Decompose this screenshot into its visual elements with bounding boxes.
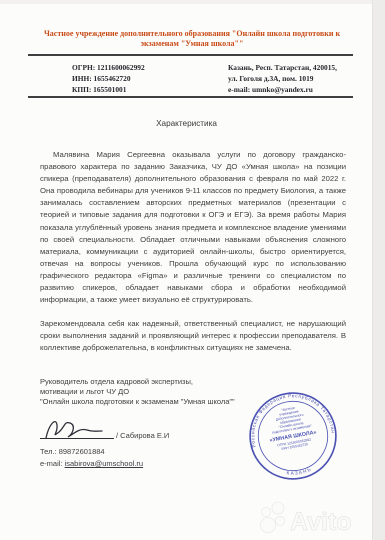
scanned-reference-letter: Частное учреждение дополнительного образ… (0, 0, 385, 540)
address-line-1: Казань, Респ. Татарстан, 420015, (228, 62, 337, 73)
handwritten-signature (44, 416, 106, 442)
round-stamp: Российская Федерация Республика Татарста… (239, 382, 348, 491)
signer-email-line: e-mail: isabirova@umschool.ru (40, 459, 275, 469)
org-title: Частное учреждение дополнительного образ… (27, 29, 357, 49)
signer-role-line-2: мотивации и льгот ЧУ ДО (40, 387, 275, 397)
org-email-line: e-mail: umnko@yandex.ru (228, 84, 337, 95)
ogrn-line: ОГРН: 1211600062992 (72, 62, 145, 73)
photo-edge-top (0, 0, 385, 4)
signer-email-link: isabirova@umschool.ru (65, 459, 143, 468)
document-title: Характеристика (0, 119, 373, 128)
signer-name: / Сабирова Е.И (116, 431, 169, 441)
document-body: Малявина Мария Сергеевна оказывала услуг… (40, 149, 346, 355)
address-line-2: ул. Гоголя д.3А, пом. 1019 (228, 73, 337, 84)
signer-role-line-1: Руководитель отдела кадровой экспертизы, (40, 377, 275, 387)
signature-block: Руководитель отдела кадровой экспертизы,… (40, 377, 275, 469)
org-address: Казань, Респ. Татарстан, 420015, ул. Гог… (228, 62, 337, 95)
photo-edge-right (372, 0, 385, 540)
signer-phone: Тел.: 89872601884 (40, 447, 275, 457)
signer-email-label: e-mail: (40, 459, 65, 468)
paragraph-1: Малявина Мария Сергеевна оказывала услуг… (40, 149, 346, 306)
avito-watermark: Avito (259, 500, 369, 536)
org-requisites: ОГРН: 1211600062992 ИНН: 1655462720 КПП:… (72, 62, 145, 95)
kpp-line: КПП: 165501001 (72, 84, 145, 95)
avito-logo-icon (260, 502, 284, 533)
inn-line: ИНН: 1655462720 (72, 73, 145, 84)
paragraph-2: Зарекомендовала себя как надежный, ответ… (40, 318, 346, 354)
signature-row: / Сабирова Е.И (40, 417, 275, 443)
avito-watermark-text: Avito (290, 508, 352, 536)
letterhead-divider-bottom (28, 96, 353, 98)
letterhead-divider-top (28, 54, 353, 56)
